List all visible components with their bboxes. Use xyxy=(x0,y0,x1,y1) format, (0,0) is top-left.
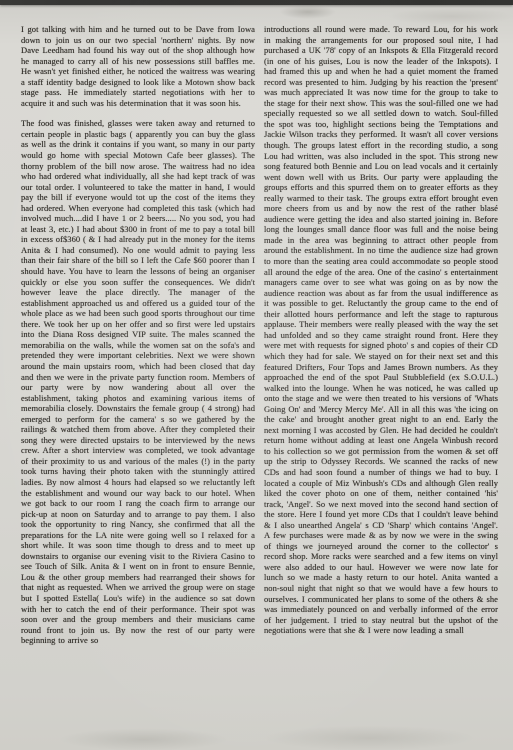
right-column: introductions all round were made. To re… xyxy=(264,24,498,750)
left-column: I got talking with him and he turned out… xyxy=(21,24,255,750)
paragraph-1: I got talking with him and he turned out… xyxy=(21,24,255,108)
page-text-area: I got talking with him and he turned out… xyxy=(21,24,498,750)
paragraph-2: The food was finished, glasses were take… xyxy=(21,118,255,645)
scan-edge-artifact xyxy=(0,0,513,5)
paragraph-3: introductions all round were made. To re… xyxy=(264,24,498,636)
scanned-page: I got talking with him and he turned out… xyxy=(0,0,513,750)
